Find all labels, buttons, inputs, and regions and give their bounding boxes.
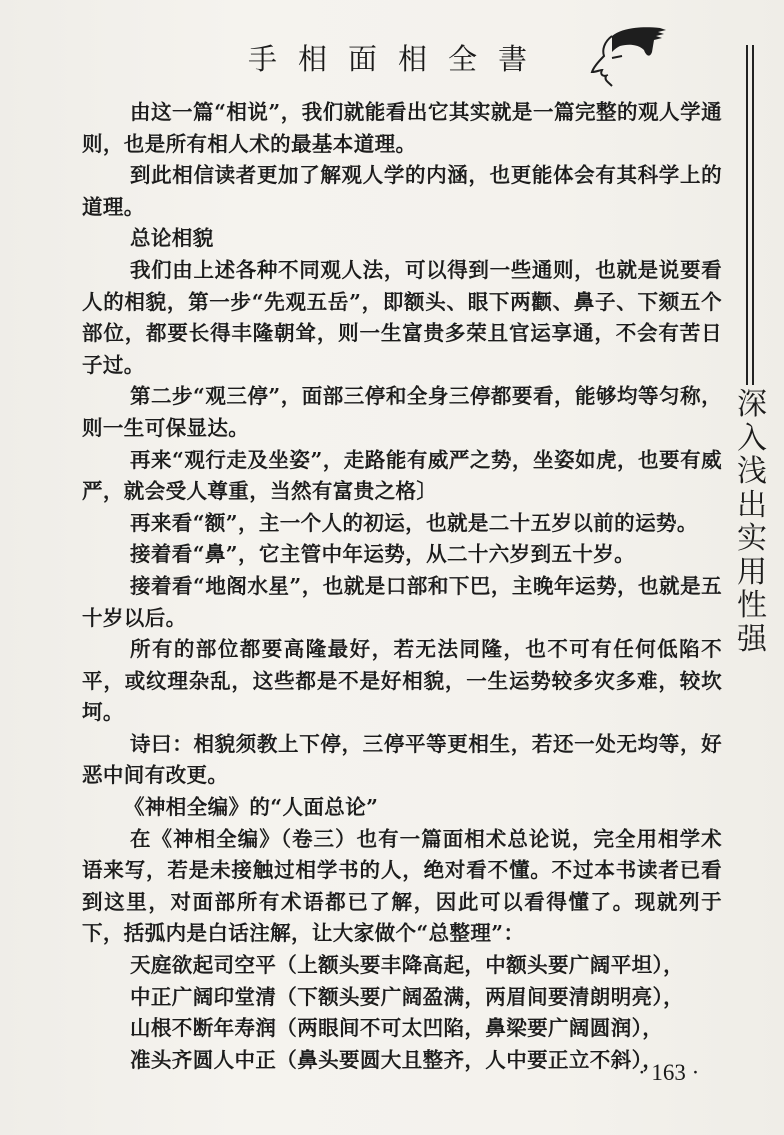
side-slogan: 深 入 浅 出 实 用 性 强 [730, 388, 774, 656]
slogan-char: 实 [737, 522, 767, 556]
section-heading: 总论相貌 [82, 223, 722, 255]
slogan-char: 浅 [737, 455, 767, 489]
paragraph: 在《神相全编》（卷三）也有一篇面相术总论说，完全用相学术语来写，若是未接触过相学… [82, 824, 722, 950]
running-header: 手相面相全書 [248, 32, 578, 82]
verse-line: 山根不断年寿润（两眼间不可太凹陷，鼻梁要广阔圆润）， [82, 1013, 722, 1045]
verse-line: 天庭欲起司空平（上额头要丰降高起，中额头要广阔平坦）， [82, 950, 722, 982]
poem-paragraph: 诗曰：相貌须教上下停，三停平等更相生，若还一处无均等，好恶中间有改更。 [82, 729, 722, 792]
slogan-char: 强 [737, 623, 767, 657]
slogan-char: 性 [737, 589, 767, 623]
body-text: 由这一篇“相说”，我们就能看出它其实就是一篇完整的观人学通则，也是所有相人术的最… [82, 97, 722, 1076]
verse-line: 准头齐圆人中正（鼻头要圆大且整齐，人中要正立不斜）， [82, 1045, 722, 1077]
verse-line: 中正广阔印堂清（下额头要广阔盈满，两眉间要清朗明亮）， [82, 982, 722, 1014]
paragraph: 由这一篇“相说”，我们就能看出它其实就是一篇完整的观人学通则，也是所有相人术的最… [82, 97, 722, 160]
paragraph: 再来“观行走及坐姿”，走路能有威严之势，坐姿如虎，也要有威严，就会受人尊重，当然… [82, 445, 722, 508]
paragraph: 再来看“额”，主一个人的初运，也就是二十五岁以前的运势。 [82, 508, 722, 540]
paragraph: 所有的部位都要高隆最好，若无法同隆，也不可有任何低陷不平，或纹理杂乱，这些都是不… [82, 634, 722, 729]
page-number: · 163 · [638, 1060, 699, 1086]
decorative-double-rule [746, 45, 754, 385]
paragraph: 接着看“地阁水星”，也就是口部和下巴，主晚年运势，也就是五十岁以后。 [82, 571, 722, 634]
paragraph: 到此相信读者更加了解观人学的内涵，也更能体会有其科学上的道理。 [82, 160, 722, 223]
slogan-char: 出 [737, 489, 767, 523]
face-profile-icon [582, 22, 668, 90]
slogan-char: 用 [737, 556, 767, 590]
book-title: 手相面相全書 [248, 37, 548, 78]
slogan-char: 深 [737, 388, 767, 422]
paragraph: 接着看“鼻”，它主管中年运势，从二十六岁到五十岁。 [82, 539, 722, 571]
paragraph: 第二步“观三停”，面部三停和全身三停都要看，能够均等匀称，则一生可保显达。 [82, 381, 722, 444]
paragraph: 我们由上述各种不同观人法，可以得到一些通则，也就是说要看人的相貌，第一步“先观五… [82, 255, 722, 381]
slogan-char: 入 [737, 422, 767, 456]
section-heading: 《神相全编》的“人面总论” [82, 792, 722, 824]
